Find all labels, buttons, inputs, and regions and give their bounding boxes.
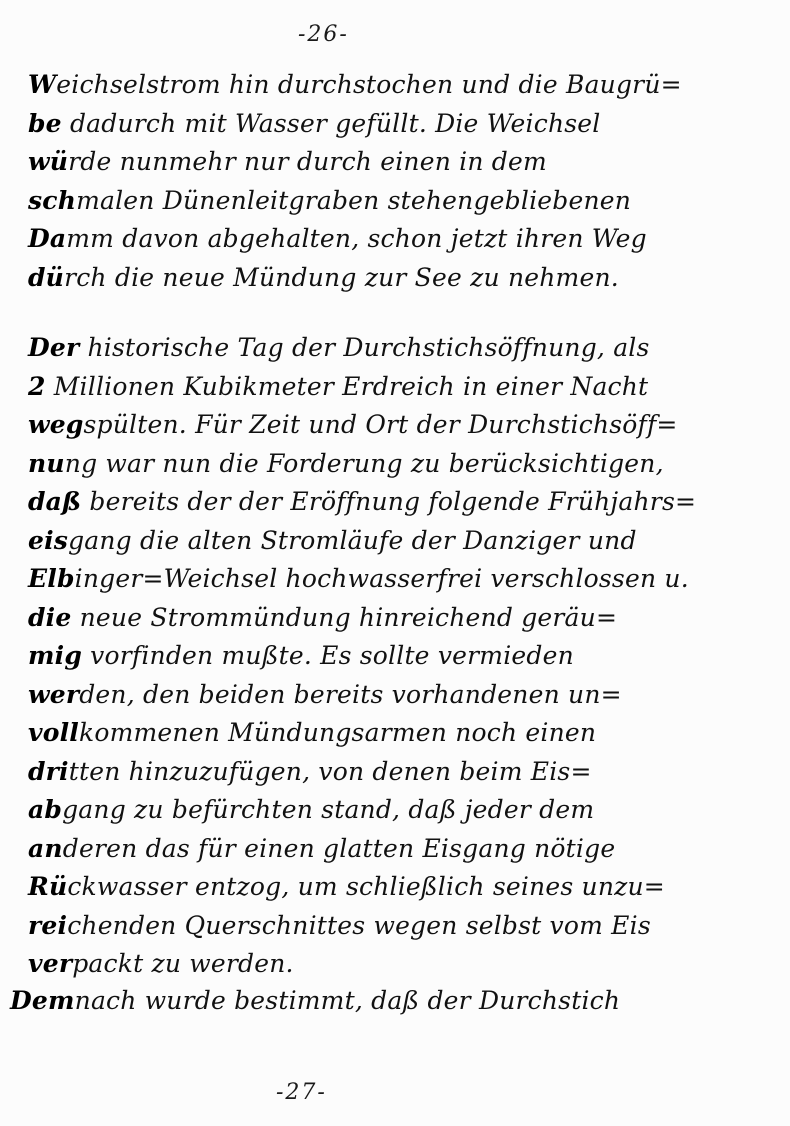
text-line: dürch die neue Mündung zur See zu nehmen…	[28, 259, 748, 298]
text-line: Demnach wurde bestimmt, daß der Durchsti…	[10, 982, 730, 1021]
line-lead: Dem	[10, 986, 75, 1015]
line-lead: wü	[28, 147, 68, 176]
text-line: reichenden Querschnittes wegen selbst vo…	[28, 907, 748, 946]
line-text: ng war nun die Forderung zu berücksichti…	[65, 449, 664, 478]
text-line: vollkommenen Mündungsarmen noch einen	[28, 714, 748, 753]
line-text: ckwasser entzog, um schließlich seines u…	[67, 872, 665, 901]
line-text: vorfinden mußte. Es sollte vermieden	[82, 641, 574, 670]
line-lead: weg	[28, 410, 84, 439]
line-lead: die	[28, 603, 71, 632]
text-line: würde nunmehr nur durch einen in dem	[28, 143, 748, 182]
line-text: nach wurde bestimmt, daß der Durchstich	[75, 986, 621, 1015]
line-lead: wer	[28, 680, 79, 709]
paragraph-3: Demnach wurde bestimmt, daß der Durchsti…	[10, 982, 730, 1021]
line-lead: daß	[28, 487, 81, 516]
line-text: eichselstrom hin durchstochen und die Ba…	[56, 70, 682, 99]
text-line: schmalen Dünenleitgraben stehengeblieben…	[28, 182, 748, 221]
line-text: den, den beiden bereits vorhandenen un=	[79, 680, 622, 709]
text-line: werden, den beiden bereits vorhandenen u…	[28, 676, 748, 715]
line-text: mm davon abgehalten, schon jetzt ihren W…	[66, 224, 647, 253]
page-number-bottom: -27-	[276, 1080, 327, 1105]
line-lead: rei	[28, 911, 67, 940]
text-line: daß bereits der der Eröffnung folgende F…	[28, 483, 748, 522]
text-line: abgang zu befürchten stand, daß jeder de…	[28, 791, 748, 830]
line-lead: Da	[28, 224, 66, 253]
line-lead: Elb	[28, 564, 75, 593]
text-line: Damm davon abgehalten, schon jetzt ihren…	[28, 220, 748, 259]
text-line: be dadurch mit Wasser gefüllt. Die Weich…	[28, 105, 748, 144]
text-line: mig vorfinden mußte. Es sollte vermieden	[28, 637, 748, 676]
paragraph-2: Der historische Tag der Durchstichsöffnu…	[28, 329, 748, 984]
page-number-top: -26-	[298, 22, 349, 47]
text-line: Weichselstrom hin durchstochen und die B…	[28, 66, 748, 105]
line-lead: nu	[28, 449, 65, 478]
line-lead: dü	[28, 263, 64, 292]
line-text: Millionen Kubikmeter Erdreich in einer N…	[46, 372, 649, 401]
line-text: packt zu werden.	[72, 949, 293, 978]
text-line: Elbinger=Weichsel hochwasserfrei verschl…	[28, 560, 748, 599]
line-lead: 2	[28, 372, 46, 401]
line-text: bereits der der Eröffnung folgende Frühj…	[81, 487, 696, 516]
line-lead: eis	[28, 526, 68, 555]
line-lead: W	[28, 70, 56, 99]
text-line: 2 Millionen Kubikmeter Erdreich in einer…	[28, 368, 748, 407]
line-text: dadurch mit Wasser gefüllt. Die Weichsel	[62, 109, 601, 138]
paragraph-1: Weichselstrom hin durchstochen und die B…	[28, 66, 748, 297]
line-text: historische Tag der Durchstichsöffnung, …	[79, 333, 649, 362]
line-lead: voll	[28, 718, 79, 747]
line-text: tten hinzuzufügen, von denen beim Eis=	[69, 757, 592, 786]
line-lead: ver	[28, 949, 72, 978]
line-text: malen Dünenleitgraben stehengebliebenen	[76, 186, 631, 215]
line-lead: dri	[28, 757, 69, 786]
text-line: die neue Strommündung hinreichend geräu=	[28, 599, 748, 638]
line-text: spülten. Für Zeit und Ort der Durchstich…	[84, 410, 678, 439]
text-line: verpackt zu werden.	[28, 945, 748, 984]
line-lead: Der	[28, 333, 79, 362]
manuscript-page: -26- Weichselstrom hin durchstochen und …	[0, 0, 790, 1126]
line-lead: an	[28, 834, 63, 863]
line-text: gang die alten Stromläufe der Danziger u…	[68, 526, 637, 555]
line-lead: sch	[28, 186, 76, 215]
line-lead: ab	[28, 795, 62, 824]
text-line: Der historische Tag der Durchstichsöffnu…	[28, 329, 748, 368]
line-text: gang zu befürchten stand, daß jeder dem	[62, 795, 594, 824]
line-text: rch die neue Mündung zur See zu nehmen.	[64, 263, 619, 292]
line-text: neue Strommündung hinreichend geräu=	[71, 603, 617, 632]
line-text: inger=Weichsel hochwasserfrei verschloss…	[75, 564, 689, 593]
line-lead: mig	[28, 641, 82, 670]
line-lead: Rü	[28, 872, 67, 901]
text-line: dritten hinzuzufügen, von denen beim Eis…	[28, 753, 748, 792]
line-text: deren das für einen glatten Eisgang nöti…	[63, 834, 616, 863]
line-text: kommenen Mündungsarmen noch einen	[79, 718, 596, 747]
text-line: Rückwasser entzog, um schließlich seines…	[28, 868, 748, 907]
text-line: anderen das für einen glatten Eisgang nö…	[28, 830, 748, 869]
line-text: rde nunmehr nur durch einen in dem	[68, 147, 547, 176]
text-line: eisgang die alten Stromläufe der Danzige…	[28, 522, 748, 561]
line-lead: be	[28, 109, 62, 138]
text-line: wegspülten. Für Zeit und Ort der Durchst…	[28, 406, 748, 445]
line-text: chenden Querschnittes wegen selbst vom E…	[67, 911, 651, 940]
text-line: nung war nun die Forderung zu berücksich…	[28, 445, 748, 484]
